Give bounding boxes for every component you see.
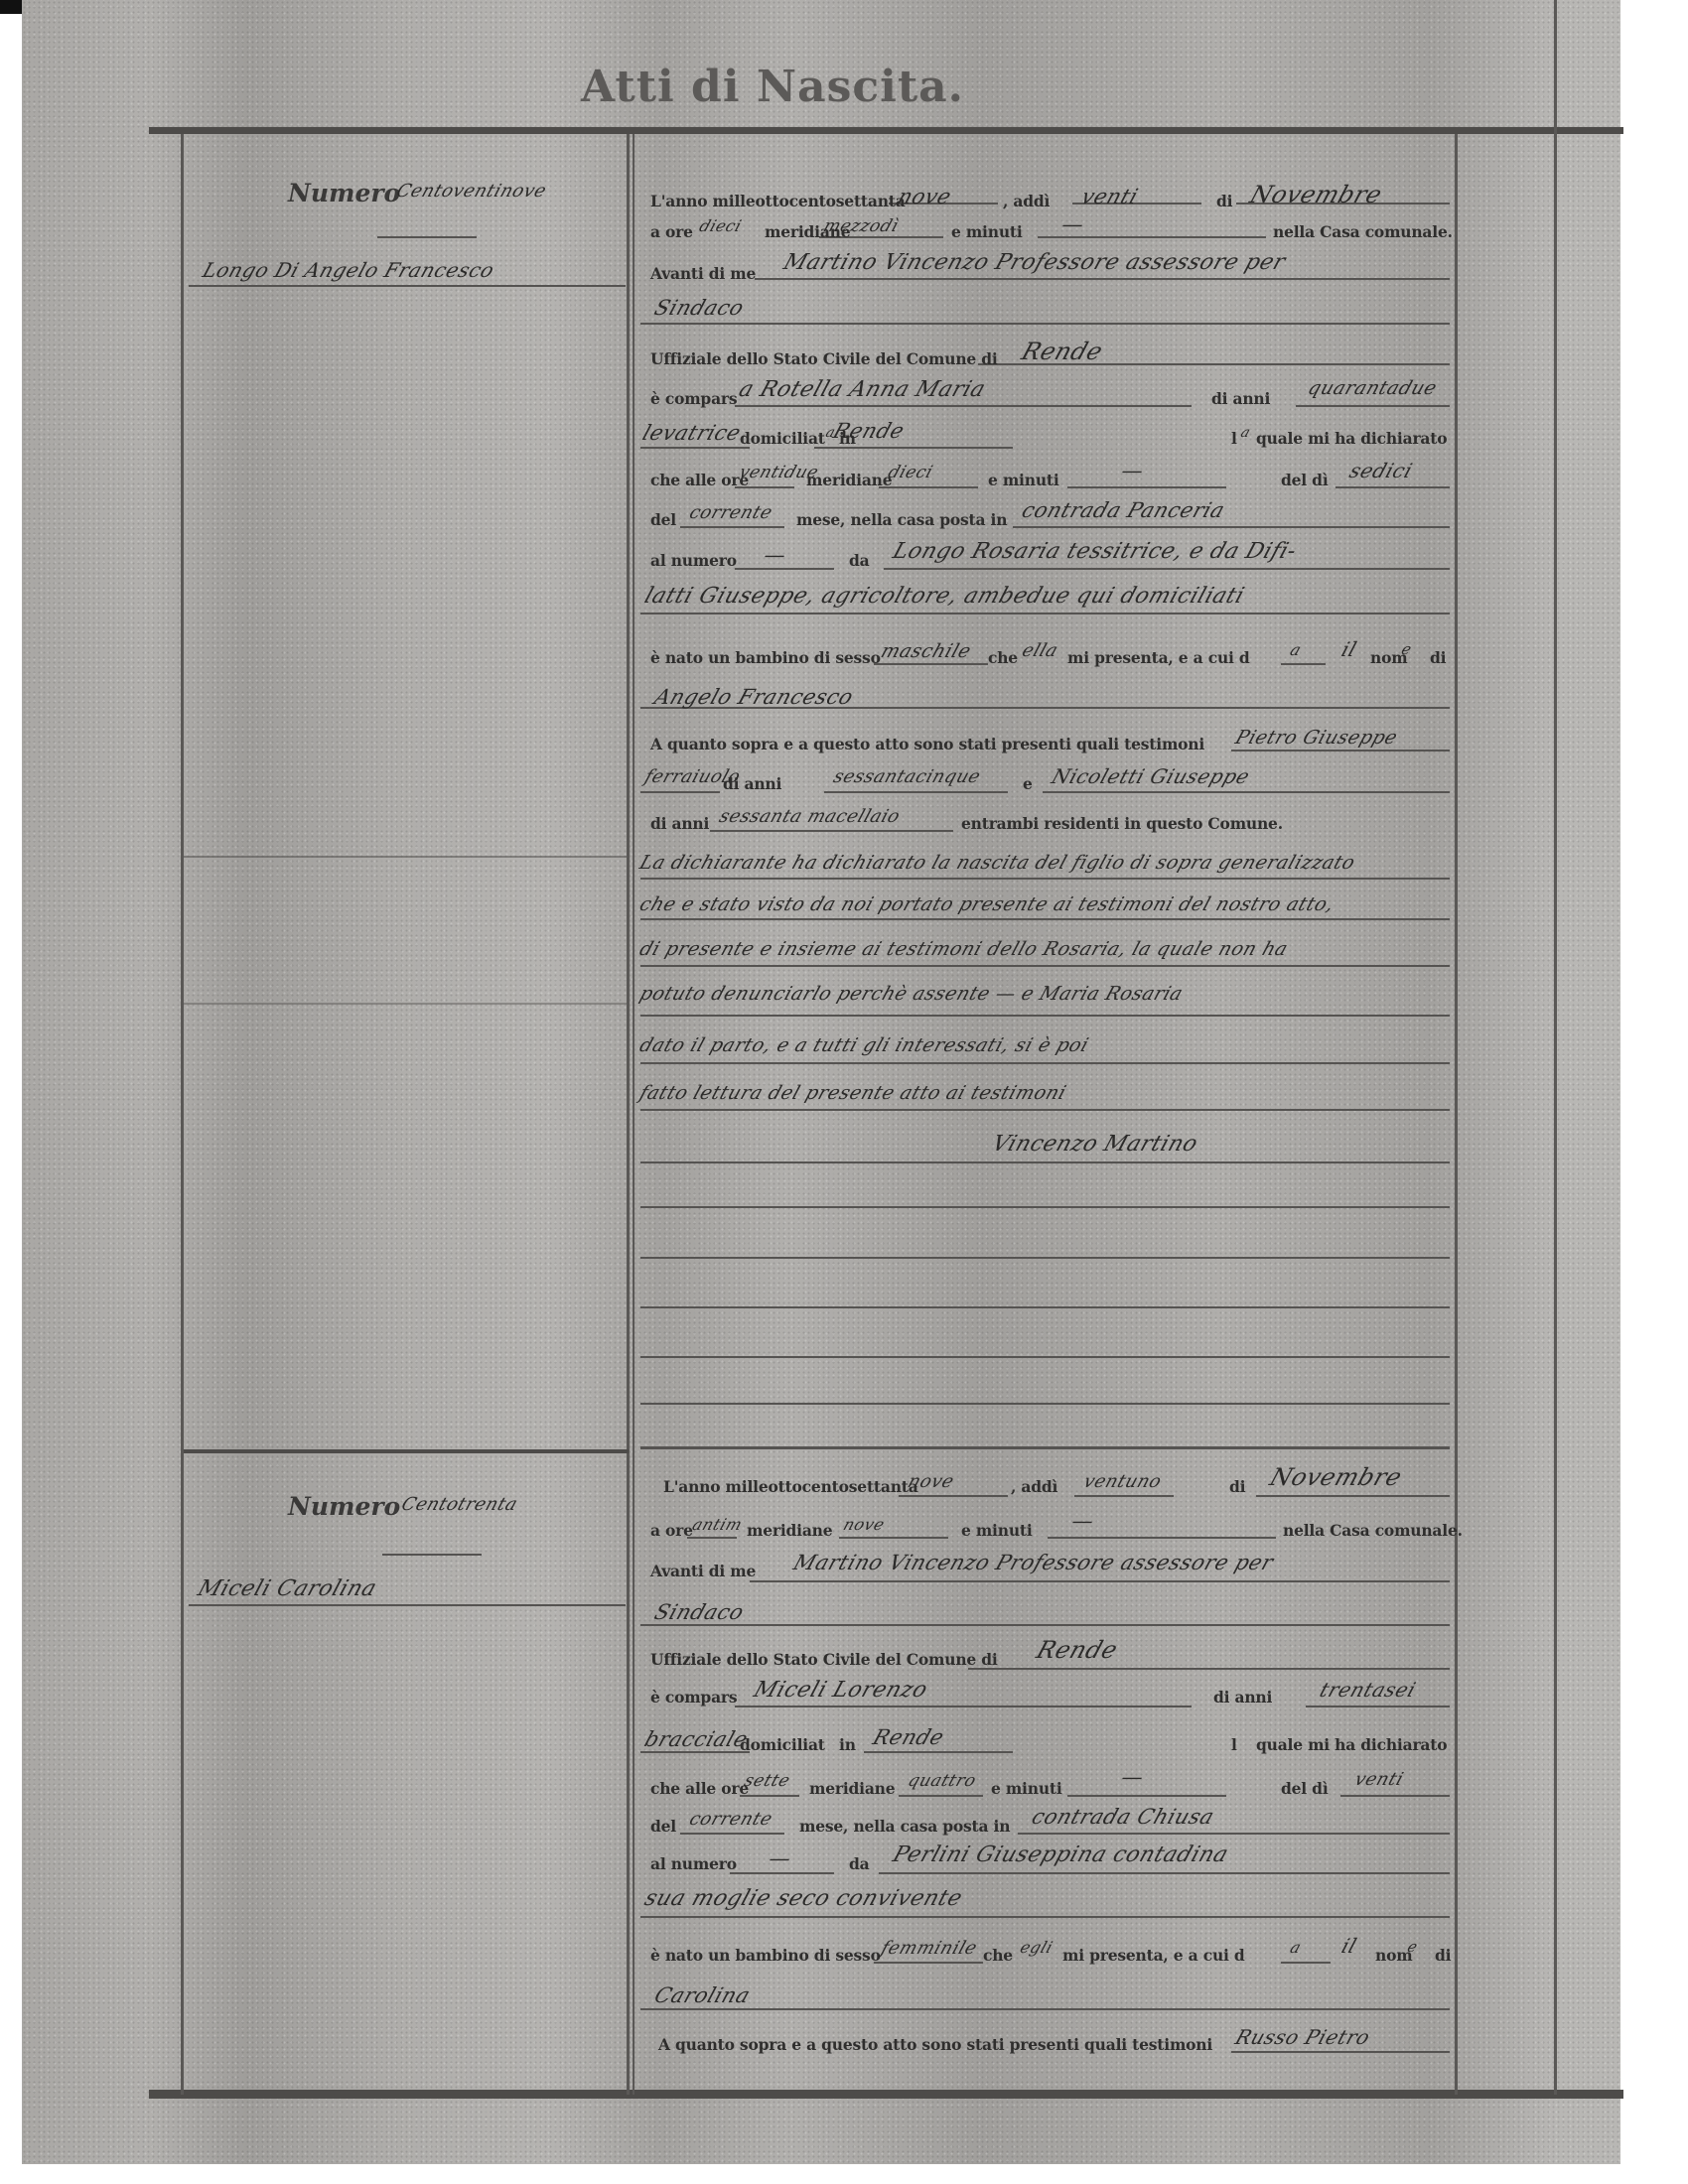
field-line: [640, 1257, 1450, 1259]
printed-text: è compars: [650, 1688, 737, 1706]
printed-text: è nato un bambino di sesso: [650, 648, 881, 667]
margin-name: Miceli Carolina: [195, 1576, 380, 1601]
printed-text: domiciliat: [740, 429, 825, 448]
handwritten-field: sette: [742, 1771, 793, 1791]
printed-text: da: [849, 1854, 869, 1873]
printed-text: di: [1229, 1477, 1245, 1496]
field-line: [735, 405, 1192, 407]
faint-divider: [184, 1003, 627, 1005]
handwritten-field: egli: [1018, 1938, 1055, 1957]
field-line: [735, 568, 834, 570]
handwritten-field: nove: [895, 185, 954, 208]
printed-text: quale mi ha dichiarato: [1256, 1735, 1447, 1754]
handwritten-field: Rende: [1018, 338, 1106, 365]
numero-underline: [382, 1554, 482, 1556]
field-line: [755, 278, 1450, 280]
handwritten-field: ventuno: [1081, 1471, 1165, 1492]
field-line: [640, 1306, 1450, 1308]
field-line: [1336, 486, 1450, 488]
printed-text: è compars: [650, 389, 737, 408]
field-line: [680, 1833, 784, 1835]
field-line: [1074, 1495, 1174, 1497]
record-divider: [184, 1449, 629, 1453]
handwritten-field: Miceli Lorenzo: [751, 1678, 930, 1703]
handwritten-field: Rende: [870, 1725, 947, 1749]
printed-text: e: [1023, 774, 1033, 793]
field-line: [1306, 1706, 1450, 1707]
numero-value: Centoventinove: [394, 181, 550, 202]
field-line: [640, 1109, 1450, 1111]
field-line: [1340, 1795, 1450, 1797]
printed-text: al numero: [650, 1854, 737, 1873]
field-line: [1048, 1537, 1276, 1539]
column-divider-inner: [633, 134, 634, 2095]
field-line: [640, 323, 1450, 325]
bottom-border: [149, 2090, 1623, 2099]
field-line: [687, 1537, 737, 1539]
field-line: [640, 613, 1450, 614]
numero-value: Centotrenta: [399, 1494, 520, 1515]
field-line: [640, 1015, 1450, 1017]
handwritten-field: Rende: [1033, 1636, 1121, 1664]
field-line: [874, 663, 988, 665]
printed-text: che alle ore: [650, 471, 749, 489]
handwritten-field: Novembre: [1266, 1463, 1405, 1491]
handwritten-field: Perlini Giuseppina contadina: [890, 1843, 1231, 1867]
handwritten-field: nove: [841, 1515, 888, 1534]
printed-text: a ore: [650, 222, 693, 241]
handwritten-field: Carolina: [651, 1983, 754, 2007]
handwritten-field: Angelo Francesco: [651, 685, 856, 709]
printed-text: di anni: [723, 774, 781, 793]
handwritten-field: contrada Panceria: [1019, 498, 1228, 522]
printed-text: in: [839, 1735, 856, 1754]
field-line: [884, 568, 1450, 570]
numero-underline: [377, 236, 477, 238]
handwritten-field: dieci: [886, 463, 935, 482]
field-line: [1018, 1833, 1450, 1835]
field-line: [640, 878, 1450, 880]
handwritten-field: contrada Chiusa: [1029, 1805, 1217, 1829]
printed-text: che: [988, 648, 1018, 667]
field-line: [640, 1403, 1450, 1405]
handwritten-field: sessanta macellaio: [717, 806, 904, 827]
field-line: [1281, 1962, 1331, 1964]
printed-text: Avanti di me: [650, 264, 756, 283]
printed-text: e minuti: [988, 471, 1059, 489]
field-line: [864, 1751, 1013, 1753]
handwritten-field: Martino Vincenzo Professore assessore pe…: [790, 1551, 1277, 1574]
field-line: [680, 526, 784, 528]
annotation-line: La dichiarante ha dichiarato la nascita …: [636, 852, 1357, 874]
field-line: [1067, 1795, 1226, 1797]
handwritten-field: ella: [1020, 640, 1061, 661]
printed-text: meridiane: [747, 1521, 832, 1540]
printed-text: , addì: [1011, 1477, 1057, 1496]
field-line: [1067, 486, 1226, 488]
annotation-line: che e stato visto da noi portato present…: [636, 893, 1336, 915]
field-line: [640, 918, 1450, 920]
printed-text: entrambi residenti in questo Comune.: [961, 814, 1283, 833]
field-line: [640, 1916, 1450, 1918]
field-line: [640, 1356, 1450, 1358]
annotation-line: potuto denunciarlo perchè assente — e Ma…: [636, 983, 1186, 1005]
printed-text: mi presenta, e a cui d: [1067, 648, 1250, 667]
handwritten-field: maschile: [878, 640, 974, 662]
handwritten-field: Sindaco: [651, 296, 747, 320]
field-line: [640, 791, 720, 793]
field-line: [1013, 526, 1450, 528]
printed-text: e minuti: [991, 1779, 1062, 1798]
printed-text: l: [1231, 1735, 1237, 1754]
handwritten-field: Nicoletti Giuseppe: [1049, 764, 1253, 788]
field-line: [750, 1580, 1450, 1582]
field-line: [640, 1751, 750, 1753]
printed-text: e minuti: [951, 222, 1023, 241]
handwritten-field: sessantacinque: [831, 766, 984, 787]
field-line: [1281, 663, 1326, 665]
field-line: [1038, 236, 1266, 238]
printed-text: A quanto sopra e a questo atto sono stat…: [658, 2035, 1212, 2054]
printed-text: di anni: [650, 814, 709, 833]
field-line: [640, 965, 1450, 967]
field-line: [710, 830, 953, 832]
field-line: [1231, 750, 1450, 751]
field-line: [640, 2008, 1450, 2010]
margin-name: Longo Di Angelo Francesco: [200, 258, 497, 282]
field-line: [730, 1872, 834, 1874]
signature: Vincenzo Martino: [989, 1132, 1201, 1157]
handwritten-field: nove: [906, 1471, 957, 1492]
annotation-line: di presente e insieme ai testimoni dello…: [636, 938, 1291, 960]
printed-text: nella Casa comunale.: [1273, 222, 1453, 241]
printed-text: mese, nella casa posta in: [799, 1817, 1010, 1836]
printed-text: di anni: [1213, 1688, 1272, 1706]
handwritten-field: venti: [1078, 185, 1141, 208]
handwritten-field: a Rotella Anna Maria: [736, 377, 989, 402]
printed-text: di: [1435, 1946, 1451, 1965]
field-line: [879, 486, 978, 488]
margin-name-underline: [189, 285, 626, 287]
field-line: [899, 1795, 983, 1797]
handwritten-field: Novembre: [1246, 181, 1385, 208]
field-line: [839, 1537, 948, 1539]
handwritten-field: Martino Vincenzo Professore assessore pe…: [780, 250, 1289, 275]
field-line: [1231, 2051, 1450, 2053]
field-line: [1256, 1495, 1450, 1497]
handwritten-field: antim: [690, 1515, 745, 1534]
printed-text: mi presenta, e a cui d: [1062, 1946, 1245, 1965]
printed-text: domiciliat: [740, 1735, 825, 1754]
printed-text: Uffiziale dello Stato Civile del Comune …: [650, 1650, 998, 1669]
handwritten-field: latti Giuseppe, agricoltore, ambedue qui…: [641, 584, 1247, 609]
field-line: [824, 791, 1008, 793]
field-line: [874, 1962, 983, 1964]
printed-text: da: [849, 551, 869, 570]
printed-text: mese, nella casa posta in: [796, 510, 1007, 529]
handwritten-field: dieci: [697, 216, 745, 235]
handwritten-field: venti: [1352, 1769, 1407, 1790]
printed-text: del: [650, 510, 676, 529]
handwritten-field: Sindaco: [651, 1600, 747, 1624]
printed-text: meridiane: [809, 1779, 895, 1798]
printed-text: che: [983, 1946, 1013, 1965]
handwritten-field: quattro: [906, 1771, 979, 1791]
handwritten-field: corrente: [687, 1809, 775, 1830]
printed-text: meridiane: [806, 471, 892, 489]
field-line: [640, 1206, 1450, 1208]
faint-divider: [184, 856, 627, 858]
outer-right-border: [1554, 0, 1557, 2095]
handwritten-field: Russo Pietro: [1232, 2025, 1373, 2049]
field-line: [735, 1706, 1192, 1707]
annotation-line: fatto lettura del presente atto ai testi…: [636, 1082, 1068, 1104]
handwritten-field: mezzodì: [821, 216, 902, 236]
printed-text: Avanti di me: [650, 1562, 756, 1580]
scan-corner: [0, 0, 22, 14]
handwritten-field: Rende: [830, 419, 908, 443]
numero-label: Numero: [288, 1492, 400, 1521]
handwritten-field: sedici: [1346, 459, 1416, 482]
printed-text: L'anno milleottocentosettanta: [663, 1477, 918, 1496]
handwritten-field: quarantadue: [1305, 377, 1440, 399]
field-line: [1296, 405, 1450, 407]
handwritten-field: sua moglie seco convivente: [641, 1886, 966, 1911]
printed-text: di anni: [1211, 389, 1270, 408]
form-right-border: [1455, 134, 1458, 2095]
handwritten-field: levatrice: [639, 421, 744, 445]
printed-text: del dì: [1281, 1779, 1329, 1798]
printed-text: al numero: [650, 551, 737, 570]
handwritten-field: trentasei: [1317, 1678, 1419, 1702]
field-line: [1043, 791, 1450, 793]
field-line: [968, 1668, 1450, 1670]
printed-text: è nato un bambino di sesso: [650, 1946, 881, 1965]
printed-text: del dì: [1281, 471, 1329, 489]
top-border: [149, 127, 1623, 134]
handwritten-field: corrente: [687, 502, 775, 523]
numero-label: Numero: [288, 179, 400, 207]
printed-text: Uffiziale dello Stato Civile del Comune …: [650, 349, 998, 368]
printed-text: L'anno milleottocentosettanta: [650, 192, 906, 210]
left-border: [181, 134, 184, 2095]
printed-text: l: [1231, 429, 1237, 448]
margin-name-underline: [189, 1604, 626, 1606]
field-line: [640, 1161, 1450, 1163]
field-line: [640, 1624, 1450, 1626]
record-end-line: [640, 1446, 1450, 1449]
column-divider: [627, 134, 630, 2095]
printed-text: quale mi ha dichiarato: [1256, 429, 1447, 448]
field-line: [640, 447, 750, 449]
printed-text: del: [650, 1817, 676, 1836]
printed-text: nella Casa comunale.: [1283, 1521, 1463, 1540]
printed-text: A quanto sopra e a questo atto sono stat…: [650, 735, 1204, 753]
handwritten-field: Longo Rosaria tessitrice, e da Difi-: [890, 539, 1300, 564]
printed-text: di: [1216, 192, 1232, 210]
handwritten-field: Pietro Giuseppe: [1232, 727, 1400, 749]
annotation-line: dato il parto, e a tutti gli interessati…: [636, 1034, 1091, 1056]
printed-text: , addì: [1003, 192, 1050, 210]
printed-text: a ore: [650, 1521, 693, 1540]
field-line: [640, 1062, 1450, 1064]
field-line: [879, 1872, 1450, 1874]
printed-text: che alle ore: [650, 1779, 749, 1798]
handwritten-field: bracciale: [641, 1727, 751, 1751]
printed-text: di: [1430, 648, 1446, 667]
page-title: Atti di Nascita.: [581, 62, 964, 112]
printed-text: e minuti: [961, 1521, 1033, 1540]
handwritten-field: femminile: [879, 1938, 980, 1959]
